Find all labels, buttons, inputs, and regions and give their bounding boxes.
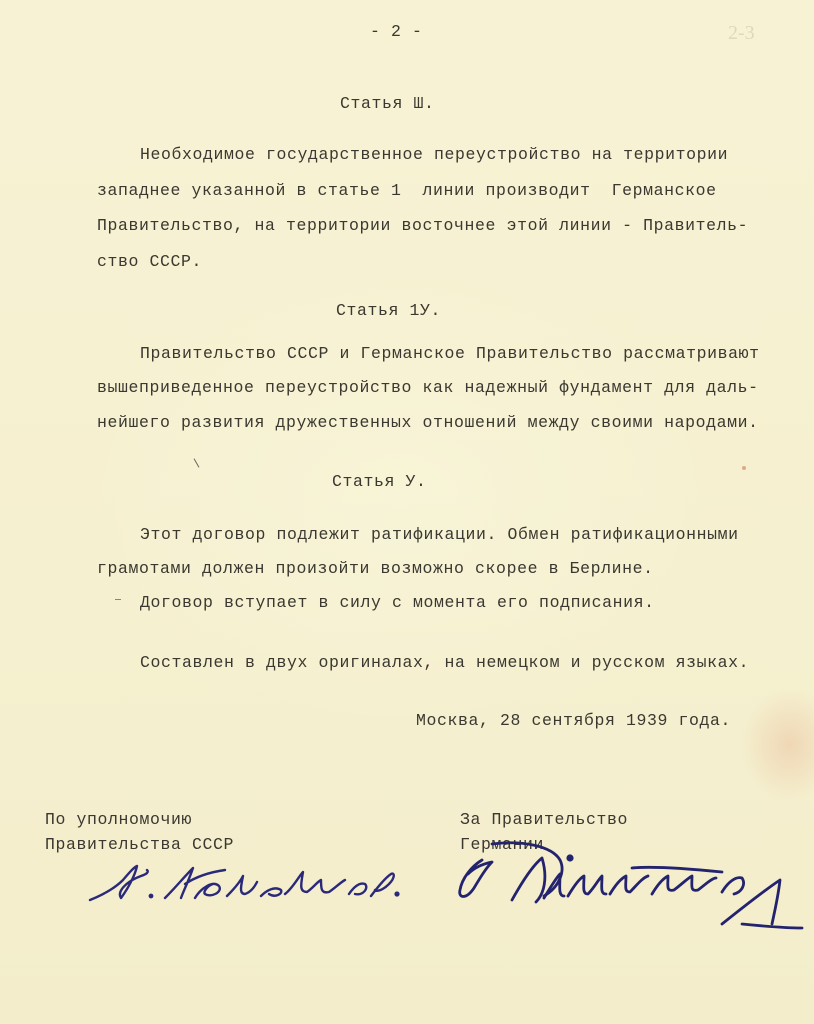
right-signatory-line1: За Правительство — [460, 812, 628, 829]
closing-statement: Составлен в двух оригиналах, на немецком… — [140, 655, 749, 672]
stray-mark — [115, 599, 121, 600]
article-4-line: нейшего развития дружественных отношений… — [97, 415, 759, 432]
article-5-line: Договор вступает в силу с момента его по… — [140, 595, 655, 612]
ribbentrop-signature — [452, 838, 807, 943]
archive-stamp: 2-3 — [728, 22, 755, 45]
article-5-line: Этот договор подлежит ратификации. Обмен… — [140, 527, 739, 544]
article-4-line: вышеприведенное переустройство как надеж… — [97, 380, 759, 397]
left-signatory-line1: По уполномочию — [45, 812, 192, 829]
article-4-line: Правительство СССР и Германское Правител… — [140, 346, 760, 363]
article-5-heading: Статья У. — [332, 474, 427, 491]
molotov-signature — [85, 858, 405, 908]
article-5-line: грамотами должен произойти возможно скор… — [97, 561, 654, 578]
article-3-line: ство СССР. — [97, 254, 202, 271]
article-3-line: Правительство, на территории восточнее э… — [97, 218, 748, 235]
left-signatory-line2: Правительства СССР — [45, 837, 234, 854]
stray-mark — [742, 466, 746, 470]
stray-mark — [194, 458, 200, 467]
page-number: - 2 - — [370, 24, 423, 41]
article-3-line: западнее указанной в статье 1 линии прои… — [97, 183, 717, 200]
place-and-date: Москва, 28 сентября 1939 года. — [416, 713, 731, 730]
article-3-line: Необходимое государственное переустройст… — [140, 147, 728, 164]
article-3-heading: Статья Ш. — [340, 96, 435, 113]
article-4-heading: Статья 1У. — [336, 303, 441, 320]
document-page: 2-3 - 2 - Статья Ш. Необходимое государс… — [0, 0, 814, 1024]
